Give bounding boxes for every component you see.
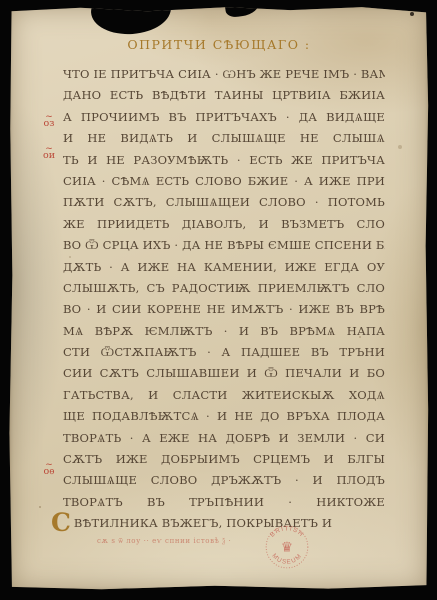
margin-number-79: ~ оѳ	[38, 467, 60, 477]
heading-rubric: опритчи сѣющаго :	[9, 37, 429, 52]
manuscript-line: слышѧще слово дръжѫтъ · и плодъ	[63, 470, 385, 491]
manuscript-photo: опритчи сѣющаго : ~ оз ~ ои ~ оѳ что іе …	[0, 0, 437, 600]
bottom-rubric: сѫ ѕ ѿ лоу ·· еѵ спнии істовѣ ѯ ·	[97, 537, 267, 545]
decorated-initial: С	[51, 508, 71, 537]
manuscript-line: же приидеть діаволъ, и възметъ сло	[63, 214, 385, 235]
manuscript-line: во · и сии корене не имѫтъ · иже въ врѣ	[63, 299, 385, 320]
titlo-mark: ~	[38, 113, 60, 121]
manuscript-line: что іе притъча сиіа · ѡнъ же рече імъ · …	[63, 64, 385, 85]
manuscript-line: гатьства, и сласти житеискыѫ ходѧ	[63, 385, 385, 406]
manuscript-line: а прочиимъ въ притъчахъ · да видѧще	[63, 107, 385, 128]
manuscript-line: и не видѧть и слышѧще не слышѧ	[63, 128, 385, 149]
stamp-top-text: BRITISH	[269, 525, 305, 538]
titlo-mark: ~	[38, 145, 60, 153]
margin-number-77: ~ оз	[38, 119, 60, 129]
manuscript-line: слышѫть, съ радостиѭ приемлѭтъ сло	[63, 278, 385, 299]
manuscript-line: творѧть · а еже на добрѣ и земли · си	[63, 428, 385, 449]
manuscript-line: пѫти сѫтъ, слышѧщеи слово · потомь	[63, 192, 385, 213]
parchment-stains	[9, 6, 11, 8]
manuscript-line: сии сѫтъ слышавшеи и ѿ печали и бо	[63, 363, 385, 384]
manuscript-line: сѫтъ иже добрыимъ срцемъ и блгы	[63, 449, 385, 470]
manuscript-line: мѧ вѣрѫ ѥмлѭтъ · и въ врѣмѧ напа	[63, 321, 385, 342]
parchment-page: опритчи сѣющаго : ~ оз ~ ои ~ оѳ что іе …	[9, 6, 429, 591]
manuscript-line: дѫть · а иже на камении, иже егда оу	[63, 257, 385, 278]
final-text-line: Свѣтилника въжегъ, покрываетъ и	[51, 510, 387, 536]
margin-number-78: ~ ои	[38, 151, 60, 161]
manuscript-line: ще подавлѣѭтсѧ · и не до връха плода	[63, 406, 385, 427]
text-block: что іе притъча сиіа · ѡнъ же рече імъ · …	[63, 64, 385, 513]
crown-icon: ♛	[281, 540, 293, 556]
manuscript-line: во ѿ срца ихъ · да не вѣры ємше спсени б…	[63, 235, 385, 256]
manuscript-line: сиіа · сѣмѧ есть слово бжие · а иже при	[63, 171, 385, 192]
british-museum-stamp: BRITISH MUSEUM ♛	[263, 523, 311, 571]
titlo-mark: ~	[38, 461, 60, 469]
parchment-notch-small	[224, 0, 261, 19]
manuscript-line: сти ѿстѫпаѭтъ · а падшее въ тръни	[63, 342, 385, 363]
manuscript-line: дано есть вѣдѣти таины цртвиіа бжиіа	[63, 85, 385, 106]
parchment-notch-large	[89, 0, 172, 37]
manuscript-line: ть и не разоумѣѭть · есть же притъча	[63, 150, 385, 171]
